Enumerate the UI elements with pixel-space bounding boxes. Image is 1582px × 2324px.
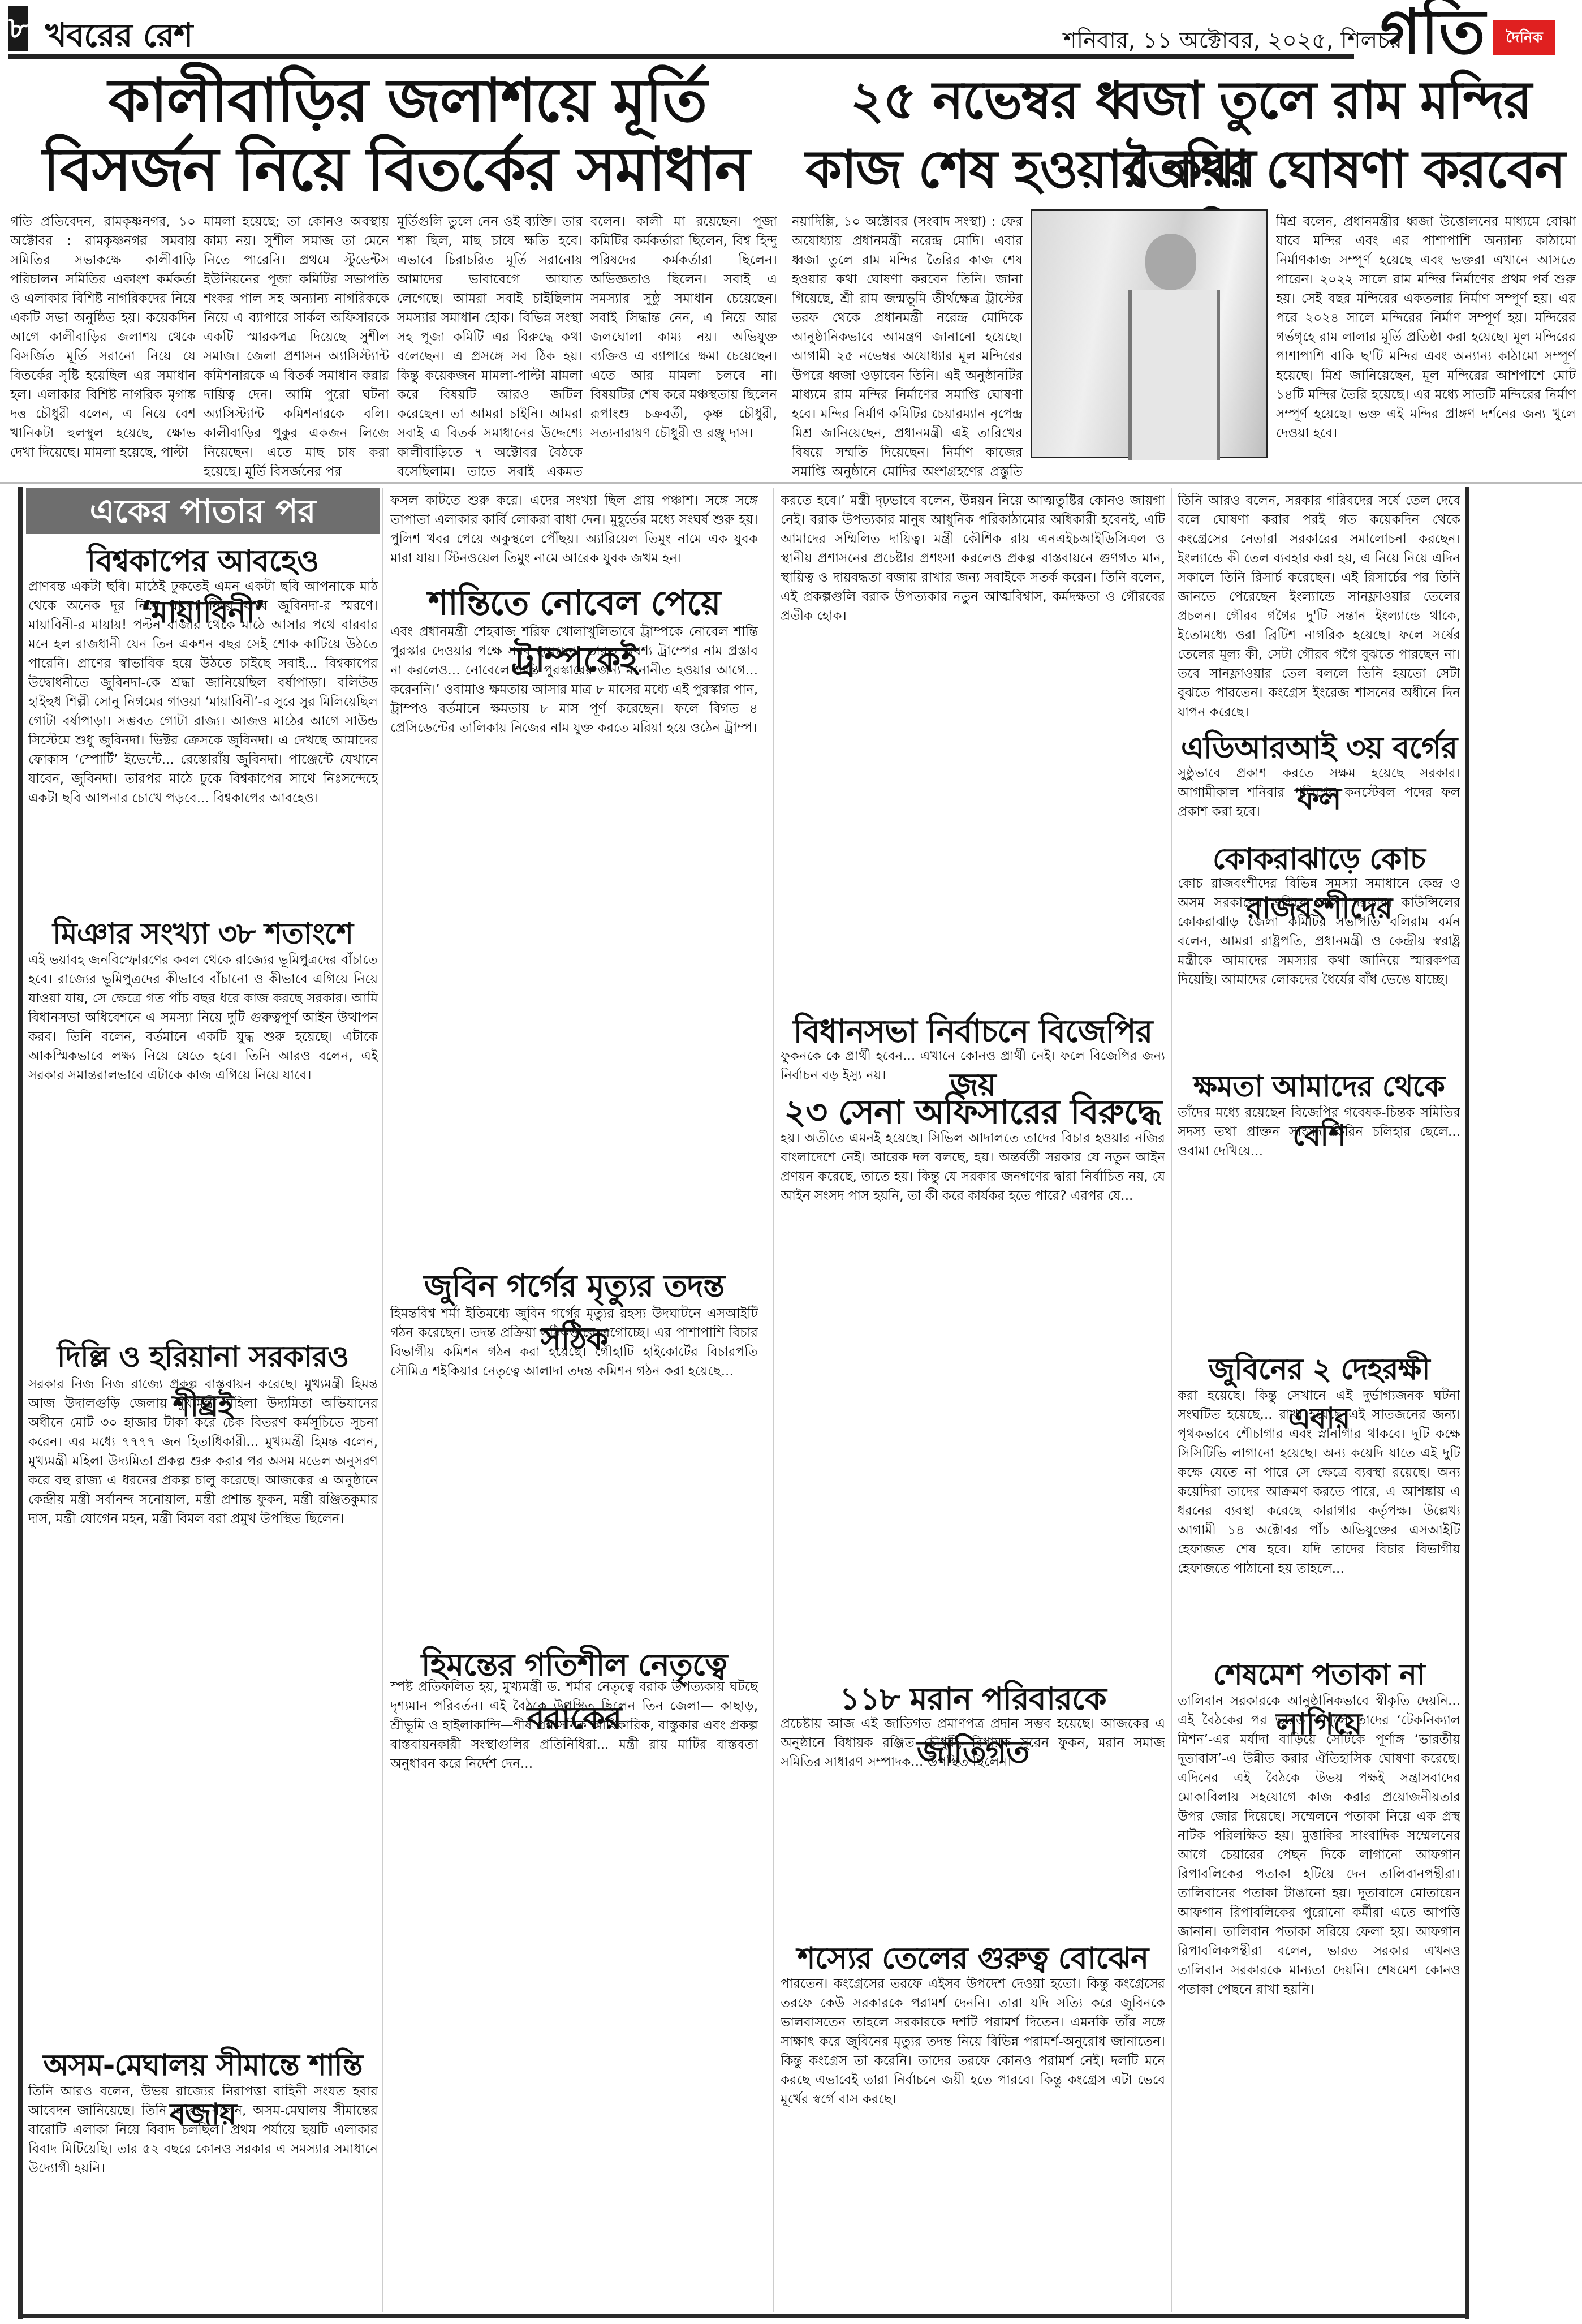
lead-right-col-1: নয়াদিল্লি, ১০ অক্টোবর (সংবাদ সংস্থা) : … [792,212,1023,481]
section-divider [0,482,1582,484]
article-body: ফুকনকে কে প্রার্থী হবেন... এখানে কোনও প্… [781,1047,1165,1081]
newspaper-logo: গতি [1380,3,1485,60]
lead-left-col-4: বলেন। কালী মা রয়েছেন। পূজা কমিটির কর্মক… [590,212,777,481]
box-border-right [1465,487,1469,2319]
article-body: হয়। অতীতে এমনই হয়েছে। সিভিল আদালতে তাদ… [781,1129,1165,1666]
article-body: তিনি আরও বলেন, উভয় রাজ্যের নিরাপত্তা বা… [28,2082,378,2308]
lead-right-col-2: মিশ্র বলেন, প্রধানমন্ত্রীর ধ্বজা উত্তোলন… [1276,212,1576,481]
lead-left-headline-1: কালীবাড়ির জলাশয়ে মূর্তি [45,67,769,135]
box-border-left [18,487,23,2319]
article-body: প্রাণবন্ত একটা ছবি। মাঠেই ঢুকতেই এমন একট… [28,577,378,900]
header-rule [8,54,1354,59]
article-body: সুষ্ঠুভাবে প্রকাশ করতে সক্ষম হয়েছে সরকা… [1178,764,1460,837]
article-body: তালিবান সরকারকে আনুষ্ঠানিকভাবে স্বীকৃতি … [1178,1692,1460,2308]
article-lead-in: তিনি আরও বলেন, সরকার গরিবদের সর্ষে তেল দ… [1178,491,1460,717]
article-body: কোচ রাজবংশীদের বিভিন্ন সমস্যা সমাধানে কে… [1178,874,1460,1044]
lead-left-headline-2: বিসর্জন নিয়ে বিতর্কের সমাধান [23,136,769,204]
box-border-bottom [18,2314,1469,2318]
modi-photo [1031,209,1268,458]
article-lead-in: করতে হবে।’ মন্ত্রী দৃঢ়ভাবে বলেন, উন্নয়… [781,491,1165,972]
article-body: স্পষ্ট প্রতিফলিত হয়, মুখ্যমন্ত্রী ড. শর… [390,1677,758,2311]
article-body: তাঁদের মধ্যে রয়েছেন বিজেপির গবেষক-চিন্ত… [1178,1103,1460,1341]
article-lead-in: ফসল কাটতে শুরু করে। এদের সংখ্যা ছিল প্রা… [390,491,758,573]
article-body: হিমন্তবিশ্ব শর্মা ইতিমধ্যে জুবিন গর্গের … [390,1304,758,1638]
article-body: করা হয়েছে। কিন্তু সেখানে এই দুর্ভাগ্যজন… [1178,1386,1460,1646]
lead-left-col-3: মূর্তিগুলি তুলে নেন ওই ব্যক্তি। তার শঙ্ক… [397,212,583,481]
continued-banner: একের পাতার পর [26,488,380,534]
column-rule [773,488,774,2312]
logo-badge: দৈনিক [1493,20,1555,55]
article-body: সরকার নিজ নিজ রাজ্যে প্রকল্প বাস্তবায়ন … [28,1375,378,2025]
article-body: এবং প্রধানমন্ত্রী শেহবাজ শরিফ খোলাখুলিভা… [390,622,758,1256]
article-body: এই ভয়াবহ জনবিস্ফোরণের কবল থেকে রাজ্যের … [28,950,378,1318]
column-rule [1171,488,1172,2312]
page-number: ৮ [8,6,28,51]
article-body: পারতেন। কংগ্রেসের তরফে এইসব উপদেশ দেওয়া… [781,1974,1165,2308]
lead-left-col-1: গতি প্রতিবেদন, রামকৃষ্ণনগর, ১০ অক্টোবর :… [10,212,196,481]
column-rule [382,488,383,2312]
lead-left-col-2: মামলা হয়েছে; তা কোনও অবস্থায় কাম্য নয়… [204,212,389,481]
masthead: ৮ খবরের রেশ শনিবার, ১১ অক্টোবর, ২০২৫, শি… [0,0,1582,62]
article-body: প্রচেষ্টায় আজ এই জাতিগত প্রমাণপত্র প্রদ… [781,1714,1165,1923]
